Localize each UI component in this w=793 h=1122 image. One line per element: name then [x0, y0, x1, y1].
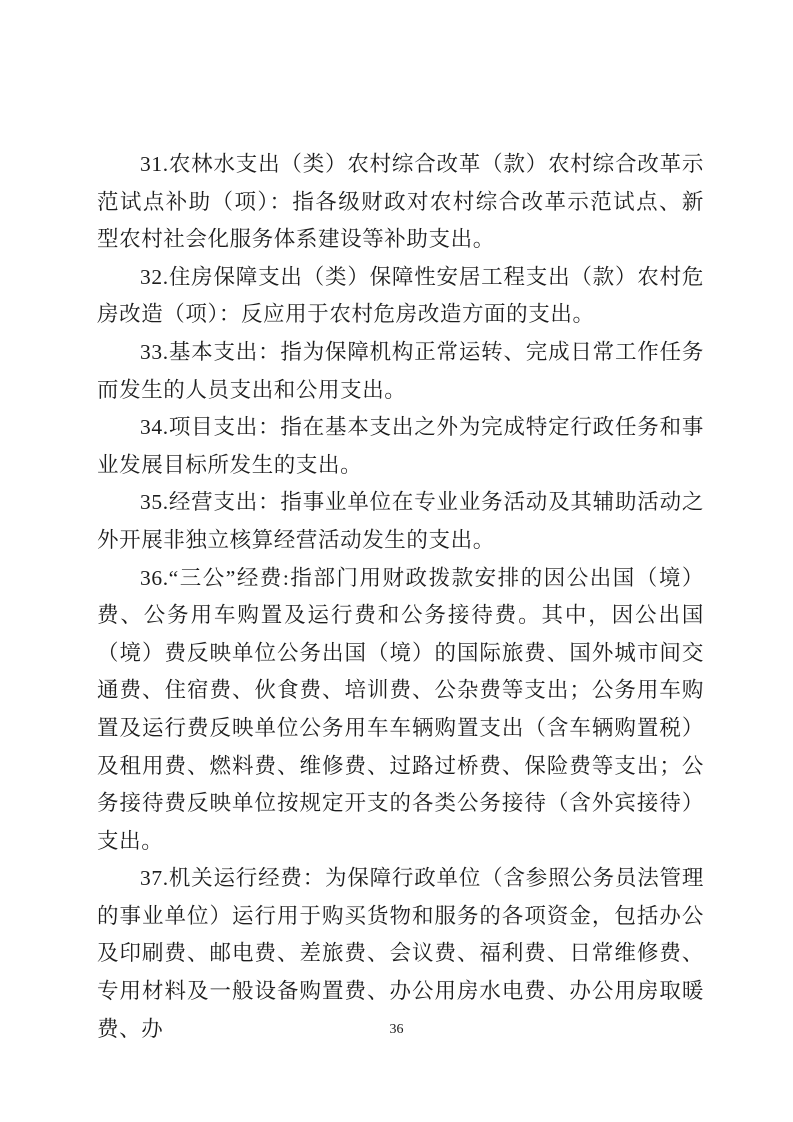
- paragraph-item-33: 33.基本支出：指为保障机构正常运转、完成日常工作任务而发生的人员支出和公用支出…: [97, 334, 704, 409]
- paragraph-item-36: 36.“三公”经费:指部门用财政拨款安排的因公出国（境）费、公务用车购置及运行费…: [97, 560, 704, 861]
- document-page: 31.农林水支出（类）农村综合改革（款）农村综合改革示范试点补助（项）：指各级财…: [0, 0, 793, 1122]
- paragraph-item-32: 32.住房保障支出（类）保障性安居工程支出（款）农村危房改造（项）：反应用于农村…: [97, 259, 704, 334]
- document-body: 31.农林水支出（类）农村综合改革（款）农村综合改革示范试点补助（项）：指各级财…: [97, 146, 704, 1048]
- paragraph-item-37: 37.机关运行经费：为保障行政单位（含参照公务员法管理的事业单位）运行用于购买货…: [97, 860, 704, 1048]
- page-number: 36: [0, 1022, 793, 1038]
- paragraph-item-35: 35.经营支出：指事业单位在专业业务活动及其辅助活动之外开展非独立核算经营活动发…: [97, 484, 704, 559]
- paragraph-item-31: 31.农林水支出（类）农村综合改革（款）农村综合改革示范试点补助（项）：指各级财…: [97, 146, 704, 259]
- paragraph-item-34: 34.项目支出：指在基本支出之外为完成特定行政任务和事业发展目标所发生的支出。: [97, 409, 704, 484]
